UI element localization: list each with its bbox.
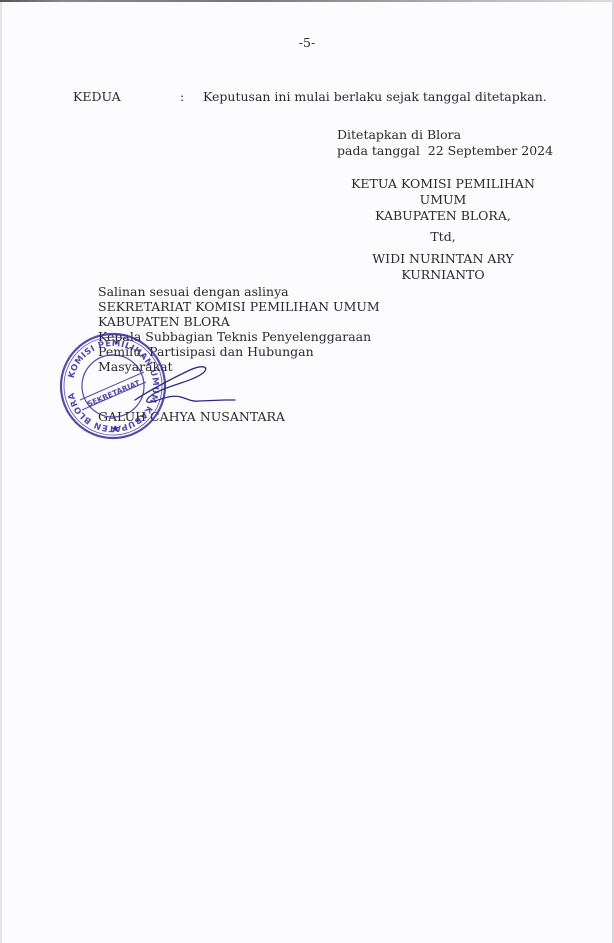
signed-mark: Ttd,	[337, 229, 549, 245]
page-number: -5-	[0, 35, 614, 50]
stamp-star-icon: ★	[111, 424, 120, 435]
scan-top-edge	[0, 0, 614, 2]
copy-line-3: KABUPATEN BLORA	[98, 314, 380, 329]
clause-label: KEDUA	[73, 89, 121, 104]
clause-separator: :	[180, 89, 184, 104]
scan-left-edge	[0, 2, 2, 943]
enactment-block: Ditetapkan di Blora pada tanggal 22 Sept…	[337, 127, 553, 159]
official-name: WIDI NURINTAN ARY KURNIANTO	[337, 251, 549, 283]
position-line-2: KABUPATEN BLORA,	[337, 208, 549, 224]
official-position: KETUA KOMISI PEMILIHAN UMUM KABUPATEN BL…	[337, 176, 549, 224]
copy-line-2: SEKRETARIAT KOMISI PEMILIHAN UMUM	[98, 299, 380, 314]
copy-line-1: Salinan sesuai dengan aslinya	[98, 284, 380, 299]
enactment-date: pada tanggal 22 September 2024	[337, 143, 553, 159]
clause-text: Keputusan ini mulai berlaku sejak tangga…	[203, 89, 547, 104]
handwritten-signature-icon	[115, 355, 255, 415]
position-line-1: KETUA KOMISI PEMILIHAN UMUM	[337, 176, 549, 208]
enactment-place: Ditetapkan di Blora	[337, 127, 553, 143]
